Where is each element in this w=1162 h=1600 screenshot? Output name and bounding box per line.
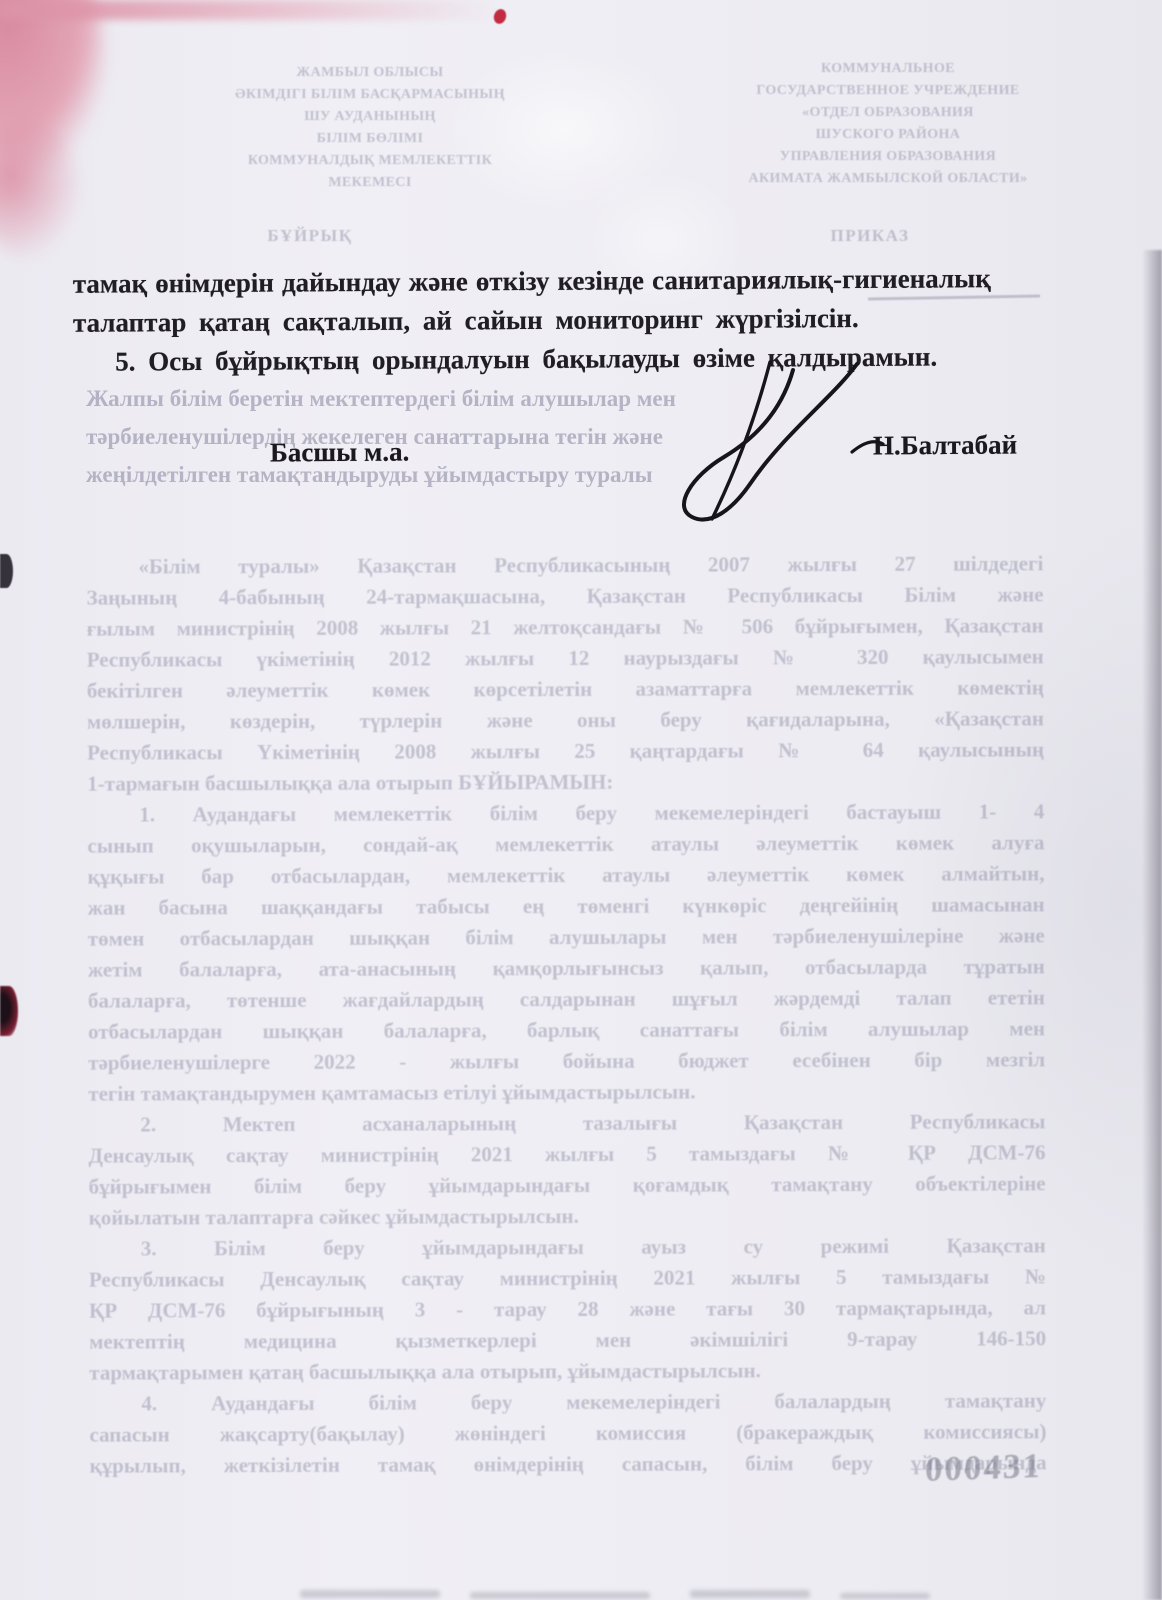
showthrough-line: Республикасы Денсаулық сақтау министріні… — [89, 1261, 1046, 1295]
showthrough-line: мектептің медицина қызметкерлері мен әкі… — [89, 1323, 1046, 1357]
scan-artifact-dark-spot — [0, 554, 13, 588]
showthrough-line: 3. Білім беру ұйымдарындағы ауыз су режи… — [89, 1230, 1046, 1264]
letterhead-kazakh: ЖАМБЫЛ ОБЛЫСЫӘКІМДІГІ БІЛІМ БАСҚАРМАСЫНЫ… — [152, 62, 588, 194]
scan-artifact-pink-strip — [0, 0, 500, 20]
showthrough-line: мөлшерін, көздерін, түрлерін және оны бе… — [87, 703, 1044, 737]
letterhead-line: ЖАМБЫЛ ОБЛЫСЫ — [152, 62, 588, 84]
showthrough-line: 1. Аудандағы мемлекеттік білім беру меке… — [87, 796, 1044, 830]
body-showthrough: «Білім туралы» Қазақстан Республикасының… — [86, 548, 1046, 1481]
showthrough-line: балаларға, төтенше жағдайлардың салдарын… — [88, 982, 1045, 1016]
showthrough-line: тегін тамақтандырумен қамтамасыз етілуі … — [88, 1075, 1045, 1109]
showthrough-line: тармақтарымен қатаң басшылыққа ала отыры… — [89, 1354, 1046, 1388]
signer-name: Н.Балтабай — [873, 429, 1017, 461]
showthrough-line: жетім балаларға, ата-анасының қамқорлығы… — [88, 951, 1045, 985]
letterhead-line: МЕКЕМЕСІ — [152, 172, 588, 194]
letterhead-line: ГОСУДАРСТВЕННОЕ УЧРЕЖДЕНИЕ — [658, 80, 1118, 102]
showthrough-line: 1-тармағын басшылыққа ала отырып БҰЙЫРАМ… — [87, 765, 1044, 799]
showthrough-line: ҚР ДСМ-76 бұйрығының 3 - тарау 28 және т… — [89, 1292, 1046, 1326]
letterhead-line: ШУ АУДАНЫНЫҢ — [152, 106, 588, 128]
signature-ink — [612, 356, 892, 531]
showthrough-line: төмен отбасылардан шыққан білім алушылар… — [88, 920, 1045, 954]
showthrough-line: құрылып, жеткізілетін тамақ өнімдерінің … — [90, 1447, 1047, 1481]
showthrough-line: «Білім туралы» Қазақстан Республикасының… — [86, 548, 1043, 582]
showthrough-line: Заңының 4-бабының 24-тармақшасына, Қазақ… — [86, 579, 1043, 613]
showthrough-line: құқығы бар отбасылардан, мемлекеттік ата… — [87, 858, 1044, 892]
showthrough-line: бекітілген әлеуметтік көмек көрсетілетін… — [87, 672, 1044, 706]
order-text-line: тамақ өнімдерін дайындау және өткізу кез… — [73, 259, 991, 304]
showthrough-line: 4. Аудандағы білім беру мекемелеріндегі … — [89, 1385, 1046, 1419]
letterhead-line: КОММУНАЛЬНОЕ — [658, 58, 1118, 80]
letterhead-russian: КОММУНАЛЬНОЕГОСУДАРСТВЕННОЕ УЧРЕЖДЕНИЕ«О… — [658, 58, 1118, 190]
letterhead-line: ШУСКОГО РАЙОНА — [658, 124, 1118, 146]
letterhead-line: КОММУНАЛДЫҚ МЕМЛЕКЕТТІК — [152, 150, 588, 172]
order-heading-russian: ПРИКАЗ — [790, 226, 950, 246]
signer-role: Басшы м.а. — [270, 437, 410, 469]
scan-edge-shadow — [1142, 250, 1162, 1600]
sheet-number-stamp: 000431 — [924, 1446, 1042, 1490]
showthrough-line: ғылым министрінің 2008 жылғы 21 желтоқса… — [87, 610, 1044, 644]
scan-artifact-maroon-spot — [0, 986, 18, 1036]
letterhead-line: ӘКІМДІГІ БІЛІМ БАСҚАРМАСЫНЫҢ — [152, 84, 588, 106]
showthrough-line: 2. Мектеп асханаларының тазалығы Қазақст… — [88, 1106, 1045, 1140]
showthrough-line: жан басына шаққандағы табысы ең төменгі … — [88, 889, 1045, 923]
scan-noise — [840, 1593, 930, 1599]
scan-noise — [690, 1590, 810, 1598]
order-text-line: талаптар қатаң сақталып, ай сайын монито… — [73, 298, 991, 343]
showthrough-line: сапасын жақсарту(бақылау) жөніндегі коми… — [89, 1416, 1046, 1450]
showthrough-line: сынып оқушыларын, сондай-ақ мемлекеттік … — [87, 827, 1044, 861]
scan-noise — [470, 1592, 650, 1599]
letterhead-line: «ОТДЕЛ ОБРАЗОВАНИЯ — [658, 102, 1118, 124]
showthrough-line: қойылатын талаптарға сәйкес ұйымдастырыл… — [89, 1199, 1046, 1233]
letterhead-line: БІЛІМ БӨЛІМІ — [152, 128, 588, 150]
scanned-page: ЖАМБЫЛ ОБЛЫСЫӘКІМДІГІ БІЛІМ БАСҚАРМАСЫНЫ… — [0, 0, 1162, 1600]
showthrough-line: Республикасы Үкіметінің 2008 жылғы 25 қа… — [87, 734, 1044, 768]
order-heading-kazakh: БҰЙРЫҚ — [230, 226, 390, 246]
letterhead-line: АКИМАТА ЖАМБЫЛСКОЙ ОБЛАСТИ» — [658, 168, 1118, 190]
showthrough-line: бұйрығымен білім беру ұйымдарындағы қоға… — [89, 1168, 1046, 1202]
showthrough-line: тәрбиеленушілерге 2022 - жылғы бойына бю… — [88, 1044, 1045, 1078]
scan-noise — [300, 1590, 440, 1598]
showthrough-line: Республикасы үкіметінің 2012 жылғы 12 на… — [87, 641, 1044, 675]
letterhead-line: УПРАВЛЕНИЯ ОБРАЗОВАНИЯ — [658, 146, 1118, 168]
showthrough-line: Денсаулық сақтау министрінің 2021 жылғы … — [88, 1137, 1045, 1171]
showthrough-line: отбасылардан шыққан балаларға, барлық са… — [88, 1013, 1045, 1047]
